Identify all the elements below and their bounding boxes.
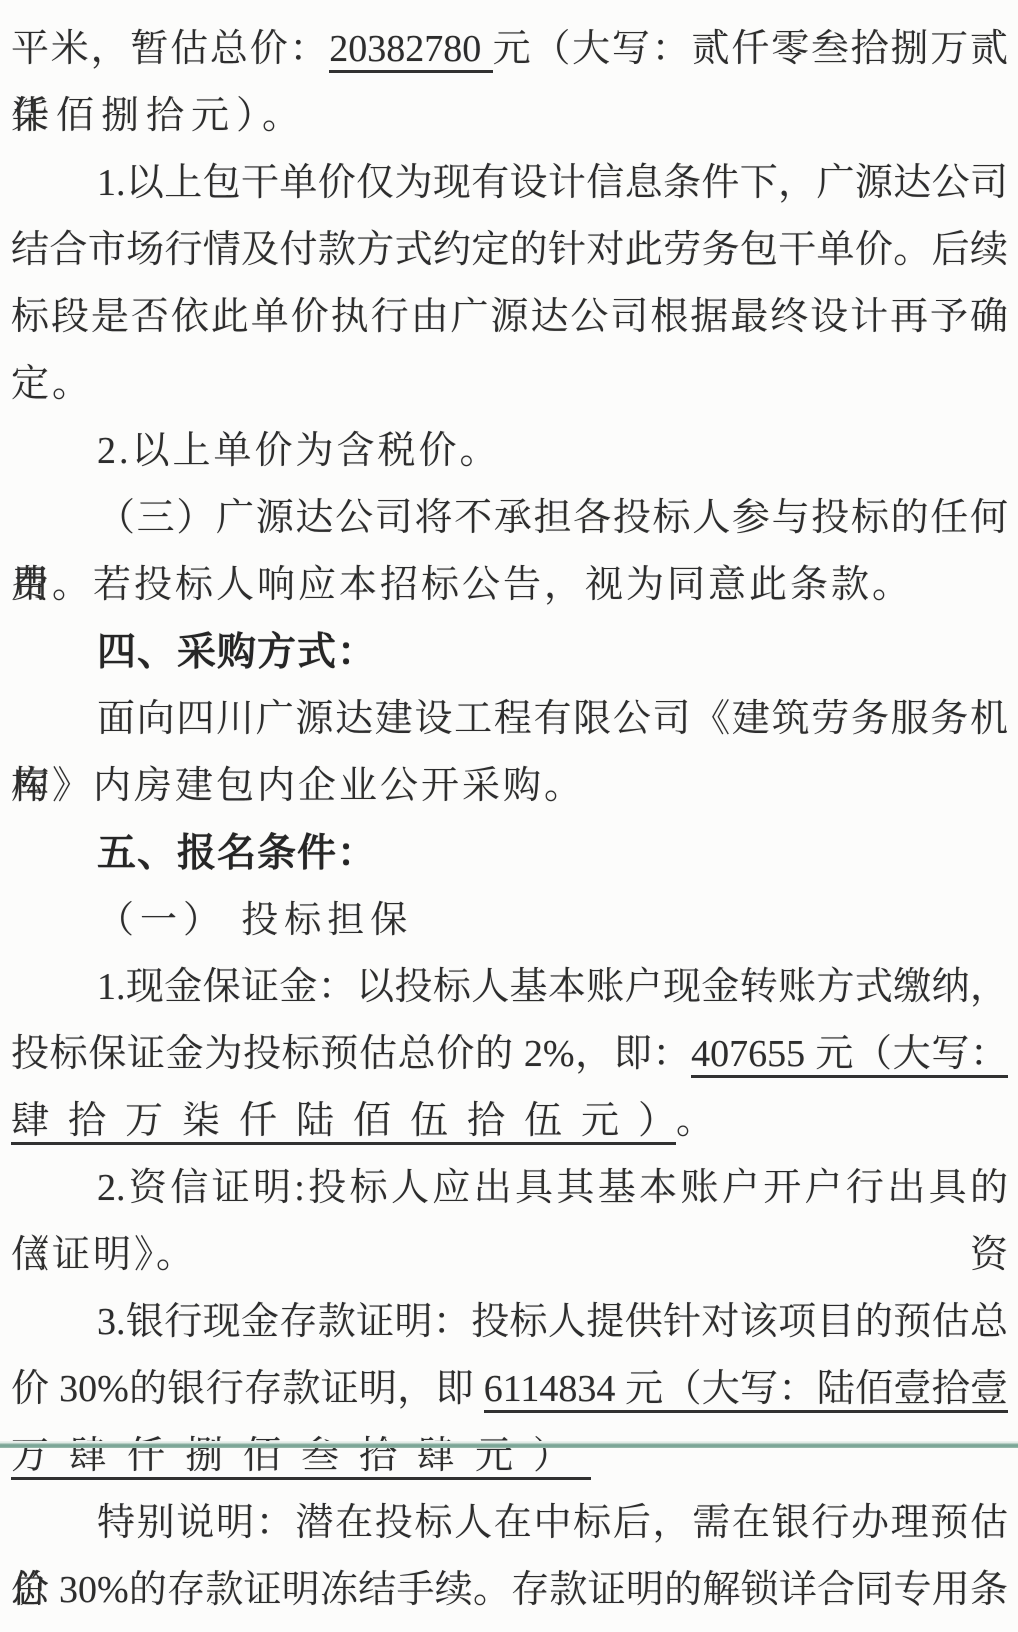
underlined-amount: 肆拾万柒仟陆佰伍拾伍元） (11, 1100, 676, 1145)
paragraph-line: （三）广源达公司将不承担各投标人参与投标的任何费 (11, 485, 1008, 552)
text-run: 库》内房建包内企业公开采购。 (11, 765, 585, 807)
paragraph-line: 3.银行现金存款证明：投标人提供针对该项目的预估总 (11, 1289, 1008, 1356)
paragraph-line: 库》内房建包内企业公开采购。 (11, 753, 1008, 820)
text-run: 信证明》。 (11, 1234, 197, 1276)
text-run: 价 30%的存款证明冻结手续。存款证明的解锁详合同专用条 (11, 1569, 1008, 1611)
text-run: 1.现金保证金：以投标人基本账户现金转账方式缴纳， (97, 966, 1008, 1008)
sub-heading: （一） 投标担保 (11, 887, 1008, 954)
text-run: 结合市场行情及付款方式约定的针对此劳务包干单价。后续 (11, 229, 1008, 271)
text-run: 四、采购方式： (97, 631, 377, 674)
text-run: 柒佰捌拾元）。 (11, 95, 307, 137)
paragraph-line: 价 30%的银行存款证明，即 6114834 元（大写：陆佰壹拾壹 (11, 1356, 1008, 1423)
scan-line-artifact (0, 1441, 1018, 1448)
underlined-amount: 407655 元（大写： (691, 1033, 1008, 1078)
paragraph-line: 1.现金保证金：以投标人基本账户现金转账方式缴纳， (11, 954, 1008, 1021)
paragraph-line: 平米，暂估总价：20382780 元（大写：贰仟零叁拾捌万贰仟 (11, 16, 1008, 83)
text-run: 用。若投标人响应本招标公告，视为同意此条款。 (11, 564, 913, 606)
paragraph-line: 柒佰捌拾元）。 (11, 83, 1008, 150)
text-run: 1.以上包干单价仅为现有设计信息条件下，广源达公司 (97, 162, 1008, 204)
text-run: 2.以上单价为含税价。 (97, 430, 501, 472)
text-run: 投标保证金为投标预估总价的 2%，即： (11, 1033, 691, 1075)
paragraph-line: 面向四川广源达建设工程有限公司《建筑劳务服务机构 (11, 686, 1008, 753)
page-content: 平米，暂估总价：20382780 元（大写：贰仟零叁拾捌万贰仟柒佰捌拾元）。1.… (11, 16, 1008, 1624)
text-run: 平米，暂估总价： (11, 28, 329, 70)
underlined-amount: 6114834 元（大写：陆佰壹拾壹 (484, 1368, 1008, 1413)
paragraph-line: 结合市场行情及付款方式约定的针对此劳务包干单价。后续 (11, 217, 1008, 284)
paragraph-line: 特别说明：潜在投标人在中标后，需在银行办理预估总 (11, 1490, 1008, 1557)
paragraph-line: 价 30%的存款证明冻结手续。存款证明的解锁详合同专用条 (11, 1557, 1008, 1624)
paragraph-line: 定。 (11, 351, 1008, 418)
paragraph-line: 万肆仟捌佰叁拾肆元） (11, 1423, 1008, 1490)
paragraph-line: 标段是否依此单价执行由广源达公司根据最终设计再予确 (11, 284, 1008, 351)
text-run: 定。 (11, 363, 93, 405)
paragraph-line: 2.资信证明:投标人应出具其基本账户开户行出具的《资 (11, 1155, 1008, 1222)
section-heading: 四、采购方式： (11, 619, 1008, 686)
section-heading: 五、报名条件： (11, 820, 1008, 887)
text-run: 价 30%的银行存款证明，即 (11, 1368, 484, 1410)
text-run: 五、报名条件： (97, 832, 377, 875)
underlined-amount: 20382780 (329, 28, 492, 73)
paragraph-line: 肆拾万柒仟陆佰伍拾伍元）。 (11, 1088, 1008, 1155)
paragraph-line: 2.以上单价为含税价。 (11, 418, 1008, 485)
text-run: 标段是否依此单价执行由广源达公司根据最终设计再予确 (11, 296, 1008, 338)
text-run: 3.银行现金存款证明：投标人提供针对该项目的预估总 (97, 1301, 1008, 1343)
paragraph-line: 1.以上包干单价仅为现有设计信息条件下，广源达公司 (11, 150, 1008, 217)
text-run: （一） 投标担保 (97, 900, 413, 941)
paragraph-line: 投标保证金为投标预估总价的 2%，即：407655 元（大写： (11, 1021, 1008, 1088)
paragraph-line: 用。若投标人响应本招标公告，视为同意此条款。 (11, 552, 1008, 619)
document-page: 平米，暂估总价：20382780 元（大写：贰仟零叁拾捌万贰仟柒佰捌拾元）。1.… (0, 0, 1018, 1632)
text-run: 。 (676, 1100, 733, 1142)
